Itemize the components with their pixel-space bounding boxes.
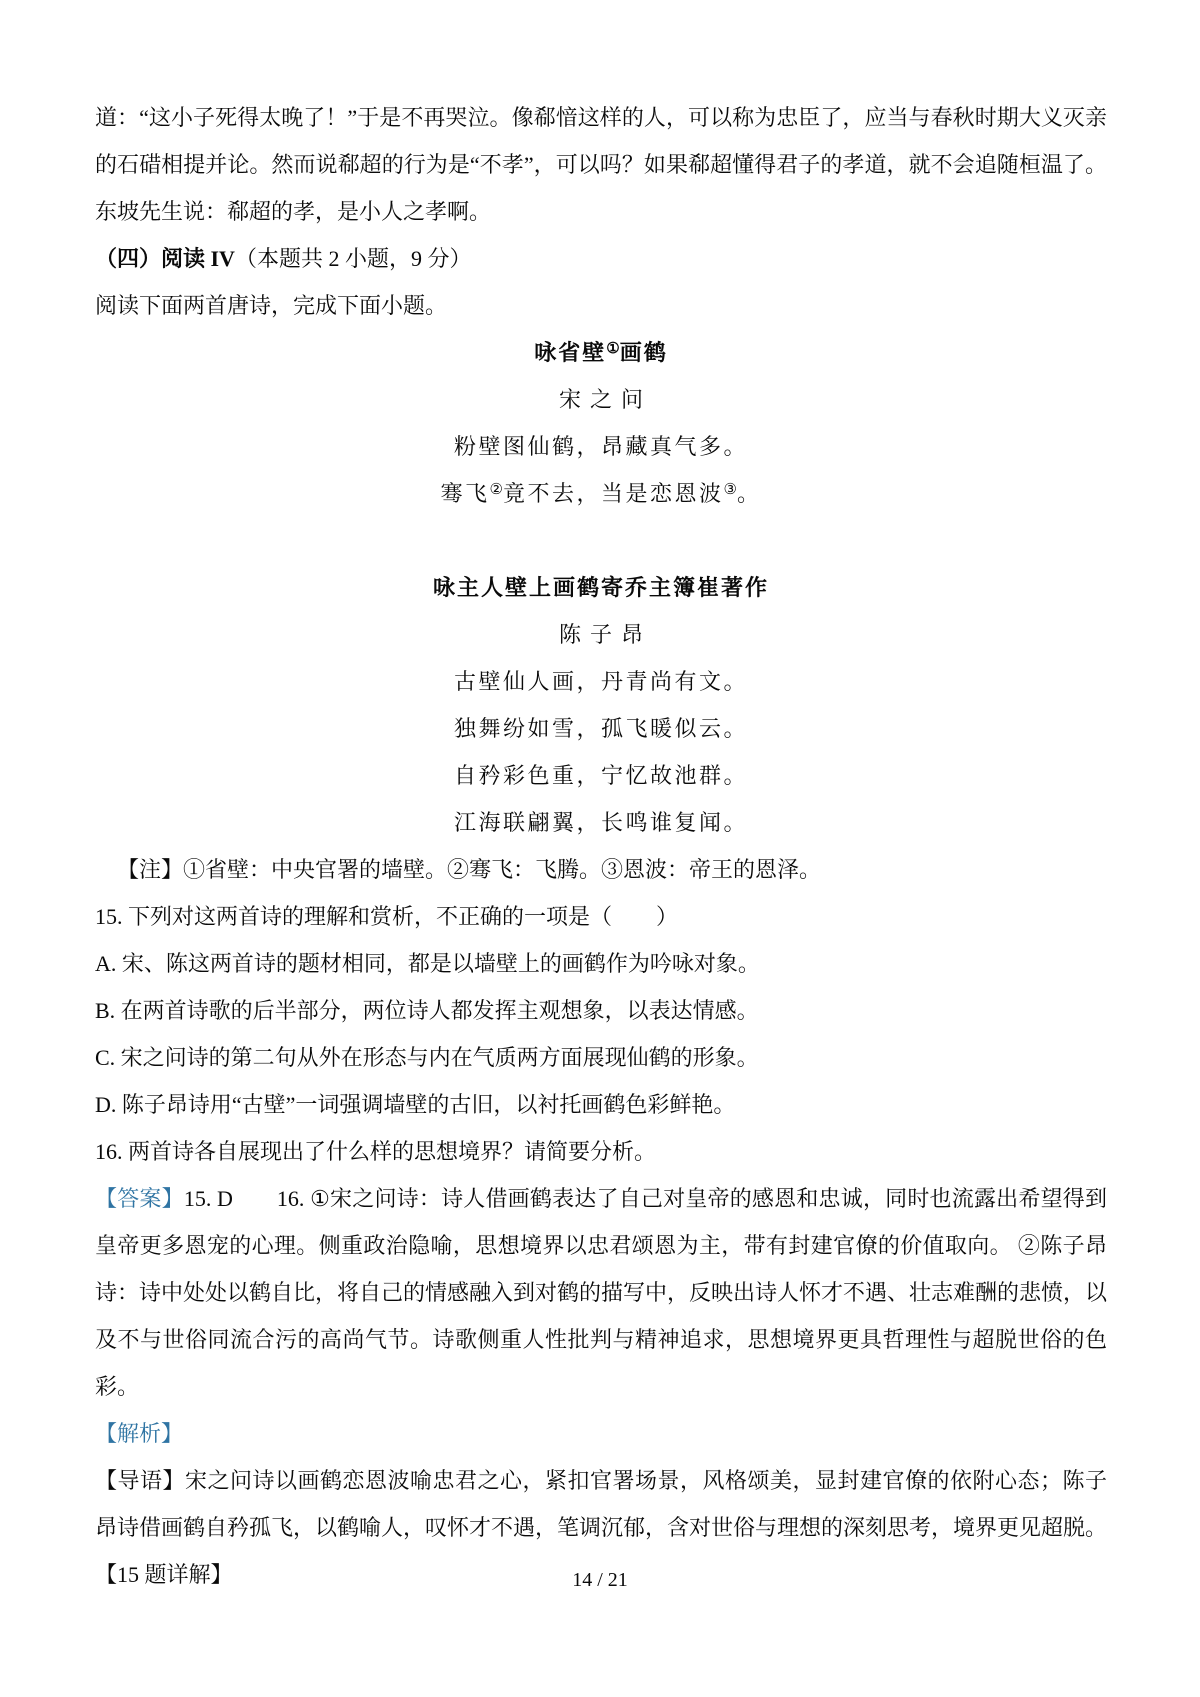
analysis-heading: 【解析】 bbox=[95, 1410, 1107, 1457]
question-15-option-b: B. 在两首诗歌的后半部分，两位诗人都发挥主观想象，以表达情感。 bbox=[95, 987, 1107, 1034]
poem-notes: 【注】①省壁：中央官署的墙壁。②骞飞：飞腾。③恩波：帝王的恩泽。 bbox=[95, 846, 1107, 893]
poem-2-line-3: 自矜彩色重，宁忆故池群。 bbox=[95, 752, 1107, 799]
poem-1: 咏省壁①画鹤 宋之问 粉壁图仙鹤，昂藏真气多。 骞飞②竟不去，当是恋恩波③。 bbox=[95, 329, 1107, 517]
section-instruction: 阅读下面两首唐诗，完成下面小题。 bbox=[95, 282, 1107, 329]
intro-paragraph: 道：“这小子死得太晚了！”于是不再哭泣。像郗愔这样的人，可以称为忠臣了，应当与春… bbox=[95, 94, 1107, 235]
section-header-points: （本题共 2 小题，9 分） bbox=[235, 246, 472, 271]
poem-2: 咏主人壁上画鹤寄乔主簿崔著作 陈子昂 古壁仙人画，丹青尚有文。 独舞纷如雪，孤飞… bbox=[95, 564, 1107, 846]
note-label: 【注】 bbox=[117, 857, 183, 882]
question-15-option-c: C. 宋之问诗的第二句从外在形态与内在气质两方面展现仙鹤的形象。 bbox=[95, 1034, 1107, 1081]
poem-1-title-part2: 画鹤 bbox=[620, 340, 668, 365]
section-header: （四）阅读 IV（本题共 2 小题，9 分） bbox=[95, 235, 1107, 282]
answer-label: 【答案】 bbox=[95, 1186, 184, 1211]
note-text: ①省壁：中央官署的墙壁。②骞飞：飞腾。③恩波：帝王的恩泽。 bbox=[183, 857, 821, 882]
footnote-marker-2: ② bbox=[490, 482, 503, 498]
analysis-intro-paragraph: 【导语】宋之问诗以画鹤恋恩波喻忠君之心，紧扣官署场景，风格颂美，显封建官僚的依附… bbox=[95, 1457, 1107, 1551]
poem-1-title: 咏省壁①画鹤 bbox=[95, 329, 1107, 376]
poem-1-title-part1: 咏省壁 bbox=[534, 340, 606, 365]
poem-2-author: 陈子昂 bbox=[95, 611, 1107, 658]
question-15-option-a: A. 宋、陈这两首诗的题材相同，都是以墙壁上的画鹤作为吟咏对象。 bbox=[95, 940, 1107, 987]
analysis-intro-label: 【导语】 bbox=[95, 1468, 185, 1493]
question-16-stem: 16. 两首诗各自展现出了什么样的思想境界？请简要分析。 bbox=[95, 1128, 1107, 1175]
question-15-option-d: D. 陈子昂诗用“古壁”一词强调墙壁的古旧，以衬托画鹤色彩鲜艳。 bbox=[95, 1081, 1107, 1128]
analysis-intro-text: 宋之问诗以画鹤恋恩波喻忠君之心，紧扣官署场景，风格颂美，显封建官僚的依附心态；陈… bbox=[95, 1468, 1107, 1540]
poem-2-line-4: 江海联翩翼，长鸣谁复闻。 bbox=[95, 799, 1107, 846]
poem-1-line-2: 骞飞②竟不去，当是恋恩波③。 bbox=[95, 470, 1107, 517]
answer-15: 15. D bbox=[184, 1186, 233, 1211]
poem-2-title: 咏主人壁上画鹤寄乔主簿崔著作 bbox=[95, 564, 1107, 611]
page-number: 14 / 21 bbox=[0, 1566, 1200, 1594]
poem-1-author: 宋之问 bbox=[95, 376, 1107, 423]
question-15-stem: 15. 下列对这两首诗的理解和赏析，不正确的一项是（ ） bbox=[95, 893, 1107, 940]
poem-1-line-1: 粉壁图仙鹤，昂藏真气多。 bbox=[95, 423, 1107, 470]
poem-1-line-2-part2: 竟不去，当是恋恩波 bbox=[503, 481, 724, 506]
answer-16: 16. ①宋之问诗：诗人借画鹤表达了自己对皇帝的感恩和忠诚，同时也流露出希望得到… bbox=[95, 1186, 1107, 1399]
poem-2-line-2: 独舞纷如雪，孤飞暖似云。 bbox=[95, 705, 1107, 752]
footnote-marker-1: ① bbox=[606, 341, 619, 357]
section-header-title: （四）阅读 IV bbox=[95, 246, 235, 271]
analysis-label: 【解析】 bbox=[95, 1421, 183, 1446]
footnote-marker-3: ③ bbox=[724, 482, 737, 498]
exam-paper-page: 道：“这小子死得太晚了！”于是不再哭泣。像郗愔这样的人，可以称为忠臣了，应当与春… bbox=[0, 0, 1200, 1697]
poem-1-line-2-part3: 。 bbox=[737, 481, 762, 506]
poem-1-line-2-part1: 骞飞 bbox=[441, 481, 490, 506]
blank-line bbox=[95, 517, 1107, 564]
page-content: 道：“这小子死得太晚了！”于是不再哭泣。像郗愔这样的人，可以称为忠臣了，应当与春… bbox=[0, 0, 1200, 1598]
poem-2-line-1: 古壁仙人画，丹青尚有文。 bbox=[95, 658, 1107, 705]
answer-paragraph: 【答案】15. D16. ①宋之问诗：诗人借画鹤表达了自己对皇帝的感恩和忠诚，同… bbox=[95, 1175, 1107, 1410]
